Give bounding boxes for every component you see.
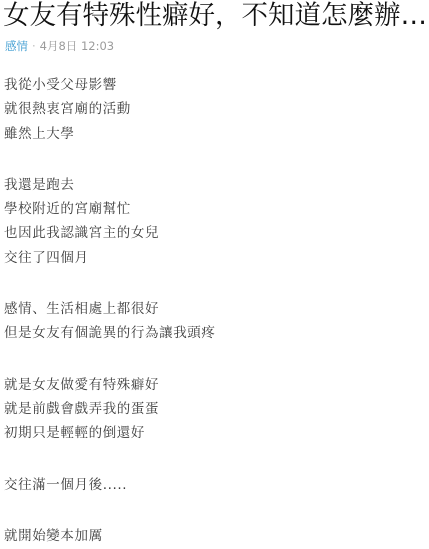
body-line: 我從小受父母影響 <box>4 73 424 97</box>
body-line: 但是女友有個詭異的行為讓我頭疼 <box>4 321 424 345</box>
paragraph-gap <box>4 497 424 524</box>
body-line: 就是前戲會戲弄我的蛋蛋 <box>4 397 424 421</box>
article-title: 女友有特殊性癖好，不知道怎麼辦…… <box>3 0 429 36</box>
body-line: 感情、生活相處上都很好 <box>4 297 424 321</box>
body-line: 也因此我認識宮主的女兒 <box>4 221 424 245</box>
paragraph-gap <box>4 446 424 473</box>
body-line: 初期只是輕輕的倒還好 <box>4 421 424 445</box>
article-meta: 感情·4月8日 12:03 <box>5 38 114 54</box>
body-line: 交往了四個月 <box>4 246 424 270</box>
body-line: 雖然上大學 <box>4 122 424 146</box>
paragraph-gap <box>4 270 424 297</box>
body-line: 我還是跑去 <box>4 173 424 197</box>
paragraph-gap <box>4 346 424 373</box>
body-line: 就很熱衷宮廟的活動 <box>4 97 424 121</box>
paragraph-gap <box>4 146 424 173</box>
category-link[interactable]: 感情 <box>5 39 28 53</box>
body-line: 交往滿一個月後..... <box>4 473 424 497</box>
meta-separator: · <box>32 39 36 53</box>
body-line: 就是女友做愛有特殊癖好 <box>4 373 424 397</box>
post-timestamp: 4月8日 12:03 <box>40 39 114 53</box>
body-line: 就開始變本加厲 <box>4 524 424 548</box>
body-line: 學校附近的宮廟幫忙 <box>4 197 424 221</box>
article-body: 我從小受父母影響 就很熱衷宮廟的活動 雖然上大學 我還是跑去 學校附近的宮廟幫忙… <box>4 73 424 548</box>
